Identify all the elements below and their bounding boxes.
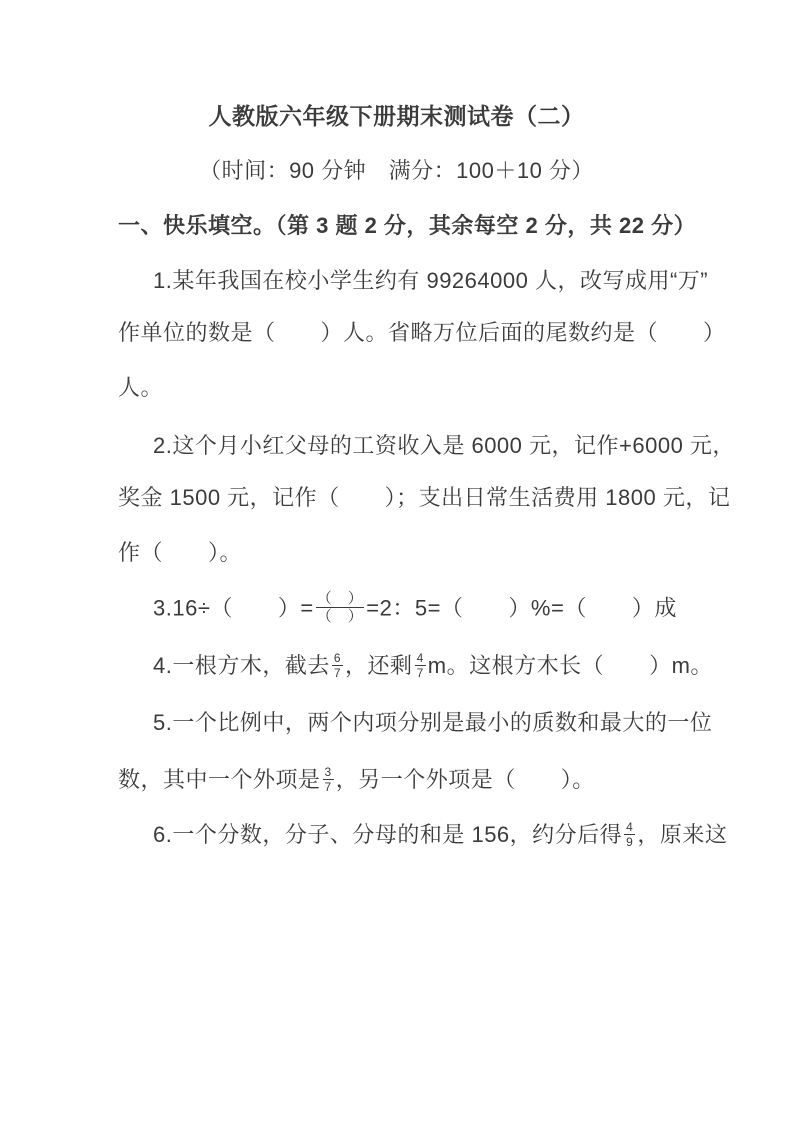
question-5-line-2: 数，其中一个外项是37，另一个外项是（ ）。 [118, 764, 595, 796]
question-4-text-1: 4.一根方木，截去 [153, 653, 330, 678]
question-6-line: 6.一个分数，分子、分母的和是 156，约分后得49，原来这 [153, 819, 727, 851]
fraction-four-sevenths: 47 [415, 652, 426, 679]
blank-fraction: （ ）（ ） [316, 590, 365, 625]
question-2-line-3: 作（ ）。 [118, 537, 242, 569]
section-1-heading: 一、快乐填空。（第 3 题 2 分，其余每空 2 分，共 22 分） [118, 210, 696, 242]
question-4-text-2: ，还剩 [345, 653, 413, 678]
page-title: 人教版六年级下册期末测试卷（二） [0, 100, 793, 132]
question-4-text-3: m。这根方木长（ ）m。 [428, 653, 713, 678]
question-6-text-2: ，原来这 [637, 822, 727, 847]
question-6-text-1: 6.一个分数，分子、分母的和是 156，约分后得 [153, 822, 622, 847]
question-3-line: 3.16÷（ ）=（ ）（ ）=2：5=（ ）%=（ ）成 [153, 592, 677, 627]
question-1-line-3: 人。 [118, 372, 163, 404]
question-2-line-1: 2.这个月小红父母的工资收入是 6000 元，记作+6000 元， [153, 430, 735, 462]
exam-time-score-info: （时间：90 分钟 满分：100＋10 分） [0, 155, 793, 187]
question-1-line-2: 作单位的数是（ ）人。省略万位后面的尾数约是（ ） [118, 317, 726, 349]
fraction-three-sevenths: 37 [323, 766, 334, 793]
question-3-text-2: =2：5=（ ）%=（ ）成 [366, 595, 677, 620]
question-5-line-1: 5.一个比例中，两个内项分别是最小的质数和最大的一位 [153, 707, 712, 739]
question-1-line-1: 1.某年我国在校小学生约有 99264000 人，改写成用“万” [153, 265, 708, 297]
document-page: 人教版六年级下册期末测试卷（二） （时间：90 分钟 满分：100＋10 分） … [0, 0, 793, 1122]
question-3-text-1: 3.16÷（ ）= [153, 595, 314, 620]
fraction-four-ninths: 49 [624, 821, 635, 848]
question-4-line: 4.一根方木，截去67，还剩47m。这根方木长（ ）m。 [153, 650, 713, 682]
question-2-line-2: 奖金 1500 元，记作（ ）；支出日常生活费用 1800 元，记 [118, 482, 730, 514]
fraction-six-sevenths: 67 [332, 652, 343, 679]
question-5-text-2: ，另一个外项是（ ）。 [336, 767, 595, 792]
question-5-text-1: 数，其中一个外项是 [118, 767, 321, 792]
